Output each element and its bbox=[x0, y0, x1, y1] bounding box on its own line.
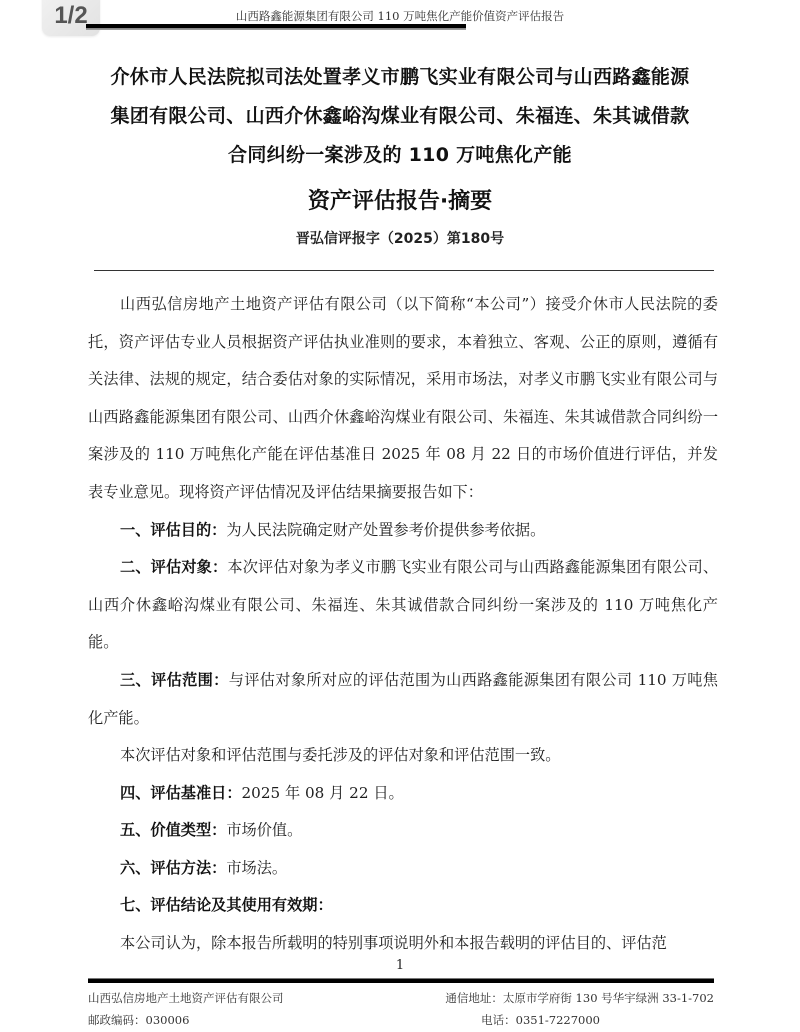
section-label: 二、评估对象： bbox=[120, 558, 227, 576]
section-label: 一、评估目的： bbox=[120, 521, 226, 539]
section-scope: 三、评估范围：与评估对象所对应的评估范围为山西路鑫能源集团有限公司 110 万吨… bbox=[88, 662, 718, 737]
footer-company: 山西弘信房地产土地资产评估有限公司 bbox=[88, 990, 284, 1006]
section-object: 二、评估对象：本次评估对象为孝义市鹏飞实业有限公司与山西路鑫能源集团有限公司、山… bbox=[88, 549, 718, 662]
section-text: 市场价值。 bbox=[226, 821, 302, 839]
section-scope-note: 本次评估对象和评估范围与委托涉及的评估对象和评估范围一致。 bbox=[88, 737, 718, 775]
section-text: 本次评估对象和评估范围与委托涉及的评估对象和评估范围一致。 bbox=[120, 746, 560, 764]
intro-paragraph: 山西弘信房地产土地资产评估有限公司（以下简称“本公司”）接受介休市人民法院的委托… bbox=[88, 286, 718, 511]
section-label: 三、评估范围： bbox=[120, 671, 229, 689]
header-rule-visible bbox=[86, 24, 466, 29]
report-number: 晋弘信评报字（2025）第180号 bbox=[80, 228, 720, 248]
section-label: 四、评估基准日： bbox=[120, 784, 242, 802]
conclusion-paragraph: 本公司认为，除本报告所载明的特别事项说明外和本报告载明的评估目的、评估范 bbox=[88, 925, 718, 962]
report-main-title: 资产评估报告·摘要 bbox=[80, 184, 720, 215]
conclusion-text: 本公司认为，除本报告所载明的特别事项说明外和本报告载明的评估目的、评估范 bbox=[120, 934, 667, 952]
section-label: 五、价值类型： bbox=[120, 821, 226, 839]
section-text: 2025 年 08 月 22 日。 bbox=[242, 784, 404, 802]
section-label: 六、评估方法： bbox=[120, 859, 226, 877]
section-label: 七、评估结论及其使用有效期： bbox=[120, 896, 333, 914]
running-header-title: 山西路鑫能源集团有限公司 110 万吨焦化产能价值资产评估报告 bbox=[0, 8, 800, 24]
section-base-date: 四、评估基准日：2025 年 08 月 22 日。 bbox=[88, 775, 718, 813]
section-purpose: 一、评估目的：为人民法院确定财产处置参考价提供参考依据。 bbox=[88, 512, 718, 550]
title-divider bbox=[94, 270, 714, 271]
section-text: 市场法。 bbox=[226, 859, 287, 877]
footer-phone: 电话：0351-7227000 bbox=[481, 1012, 600, 1028]
doc-title-line-1: 介休市人民法院拟司法处置孝义市鹏飞实业有限公司与山西路鑫能源 bbox=[80, 62, 720, 89]
footer-postal-code: 邮政编码：030006 bbox=[88, 1012, 189, 1028]
intro-text: 山西弘信房地产土地资产评估有限公司（以下简称“本公司”）接受介休市人民法院的委托… bbox=[88, 295, 718, 501]
section-value-type: 五、价值类型：市场价值。 bbox=[88, 812, 718, 850]
doc-title-line-3: 合同纠纷一案涉及的 110 万吨焦化产能 bbox=[80, 140, 720, 167]
section-conclusion: 七、评估结论及其使用有效期： bbox=[88, 887, 718, 925]
footer-rule bbox=[88, 978, 714, 983]
page-number: 1 bbox=[0, 958, 800, 973]
section-text: 为人民法院确定财产处置参考价提供参考依据。 bbox=[226, 521, 545, 539]
section-method: 六、评估方法：市场法。 bbox=[88, 850, 718, 888]
footer-address: 通信地址：太原市学府街 130 号华宇绿洲 33-1-702 bbox=[445, 990, 714, 1006]
doc-title-line-2: 集团有限公司、山西介休鑫峪沟煤业有限公司、朱福连、朱其诚借款 bbox=[80, 101, 720, 128]
